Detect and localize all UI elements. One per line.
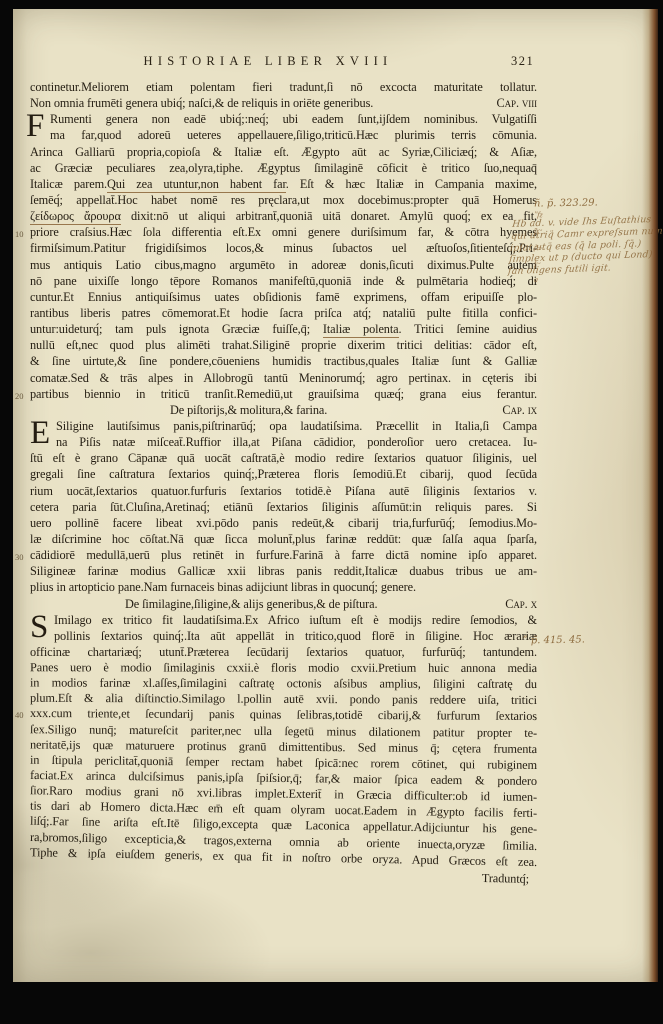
text-line: Non omnia frumēti genera ubiq́; naſci,& … xyxy=(30,95,537,111)
text-line: continetur.Meliorem etiam polentam fieri… xyxy=(30,79,537,95)
text-line: plius in artopticio pane.Nam furnaceis b… xyxy=(30,579,537,595)
chapter-number: Cap. viii xyxy=(497,95,537,111)
text-line: Arinca Galliarū propria,copioſa & Italiæ… xyxy=(30,144,537,160)
text-line: rantibus liberis patres cōmemorat.Et hod… xyxy=(30,305,537,321)
marginal-tick: a xyxy=(534,275,539,284)
text-line: cādidiorē medullā,uerū plus retinēt in f… xyxy=(30,547,537,563)
scanned-book-page: HISTORIAE LIBER XVIII 321 continetur.Mel… xyxy=(0,0,663,1024)
marginal-tick: f~ xyxy=(533,258,541,268)
drop-cap: F xyxy=(26,111,44,141)
marginal-tick: p̃~ xyxy=(534,242,543,252)
text-line: partibus biennio in triticū tranſit.Reme… xyxy=(30,386,537,402)
paper-page: HISTORIAE LIBER XVIII 321 continetur.Mel… xyxy=(13,9,658,982)
text-line: priore craſsius.Hæc ſola differentia eſt… xyxy=(30,224,537,240)
text-line: ac Græciæ peculiares zea,olyra,tiphe. Æg… xyxy=(30,160,537,176)
text-line: uero pollinē facere libeat xvi.pōdo pani… xyxy=(30,515,537,531)
text-line: Italicæ parem.Qui zea utuntur,non habent… xyxy=(30,176,537,192)
text-line: nō pane uixiſſe longo tēpore Romanos man… xyxy=(30,273,537,289)
text-line: cuntur.Et Ennius antiquiſsimus uates obſ… xyxy=(30,289,537,305)
text-line: firmiſsimum.Patitur frigidiſsimos locos,… xyxy=(30,240,537,256)
text-line: Siligineæ farinæ modius Gallicæ xxii lib… xyxy=(30,563,537,579)
text-line: ma far,quod adoreū ueteres appellauere,ſ… xyxy=(30,127,537,143)
ink-underline: Qui zea utuntur,non habent far xyxy=(107,177,286,193)
text-line: officinæ chartariæq́; utunt̄.Præterea ſe… xyxy=(30,644,537,660)
body-text-block: continetur.Meliorem etiam polentam fieri… xyxy=(30,79,537,887)
text-line: & ſine uirtute,& ſine pondere,cōueniens … xyxy=(30,353,537,369)
text-line: De piſtorijs,& molitura,& farina.Cap. ix xyxy=(30,402,537,418)
text-line: Siligine lautiſsimus panis,piſtrinarūq́;… xyxy=(30,418,537,434)
running-header: HISTORIAE LIBER XVIII xyxy=(103,54,433,69)
text-line: untur:uideturq́; tam puls ignota Græciæ … xyxy=(30,321,537,337)
marginal-tick: ʺfz xyxy=(534,210,544,220)
text-line: Rumenti genera non eadē ubiq́;:neq́; ubi… xyxy=(30,111,537,127)
text-line: na Piſis natæ miſceat̄.Ruffior illa,at P… xyxy=(30,434,537,450)
marginal-tick: p̃~ xyxy=(533,226,542,236)
text-line: læ diſcrimine hoc cōſtat.Nā quæ ſicca mo… xyxy=(30,531,537,547)
chapter-number: Cap. x xyxy=(505,596,537,612)
text-line: De ſimilagine,ſiligine,& alijs generibus… xyxy=(30,596,537,612)
text-line: Panes uero è modio ſimilaginis cxxii.è f… xyxy=(30,659,537,676)
marginal-reference-mid: ʺ p̃. 415. 45. xyxy=(523,634,585,646)
text-line: rium uocāt,ſextarios quatuor.furfuris ſe… xyxy=(30,483,537,499)
drop-cap: S xyxy=(30,612,48,642)
text-line: ζείδωρος ἄρουρα dixit:nō ut aliqui arbit… xyxy=(30,208,537,224)
page-number: 321 xyxy=(511,54,534,69)
text-line: ſtū eſt è grano Cāpanæ quā uocāt caſtrat… xyxy=(30,450,537,466)
text-line: ſemēq́; appellat̄.Hoc habet nomē res prę… xyxy=(30,192,537,208)
handwritten-gloss: Hb ad. v. vide Ihs Euſtathiusqui utriq̈ … xyxy=(507,213,663,278)
text-line: mus antiquis Latio cibus,magno argumēto … xyxy=(30,257,537,273)
text-line: comatæ.Sed & trās alpes in Allobrogū tan… xyxy=(30,370,537,386)
printed-line-number: 10 xyxy=(15,226,24,242)
chapter-number: Cap. ix xyxy=(502,402,537,418)
printed-line-number: 20 xyxy=(15,388,24,404)
printed-line-number: 40 xyxy=(15,707,24,723)
text-line: nullū eſt,nec quod plus alimēti trahat.S… xyxy=(30,337,537,353)
text-line: pollinis ſextarios quinq́;.Ita aūt appel… xyxy=(30,628,537,644)
printed-line-number: 30 xyxy=(15,549,24,565)
marginal-reference-top: ñ. p̃. 323.29. xyxy=(534,197,598,209)
ink-underline: Italiæ polenta xyxy=(323,322,399,338)
ink-underline: ζείδωρος ἄρουρα xyxy=(30,209,121,225)
text-line: cetera paria ſūt.Cluſina,Aretinaq́; etiā… xyxy=(30,499,537,515)
drop-cap: E xyxy=(30,418,50,448)
text-line: gregali ſine caſtratura ſextarios quinq́… xyxy=(30,466,537,482)
text-line: Imilago ex tritico fit laudatiſsima.Ex A… xyxy=(30,612,537,628)
